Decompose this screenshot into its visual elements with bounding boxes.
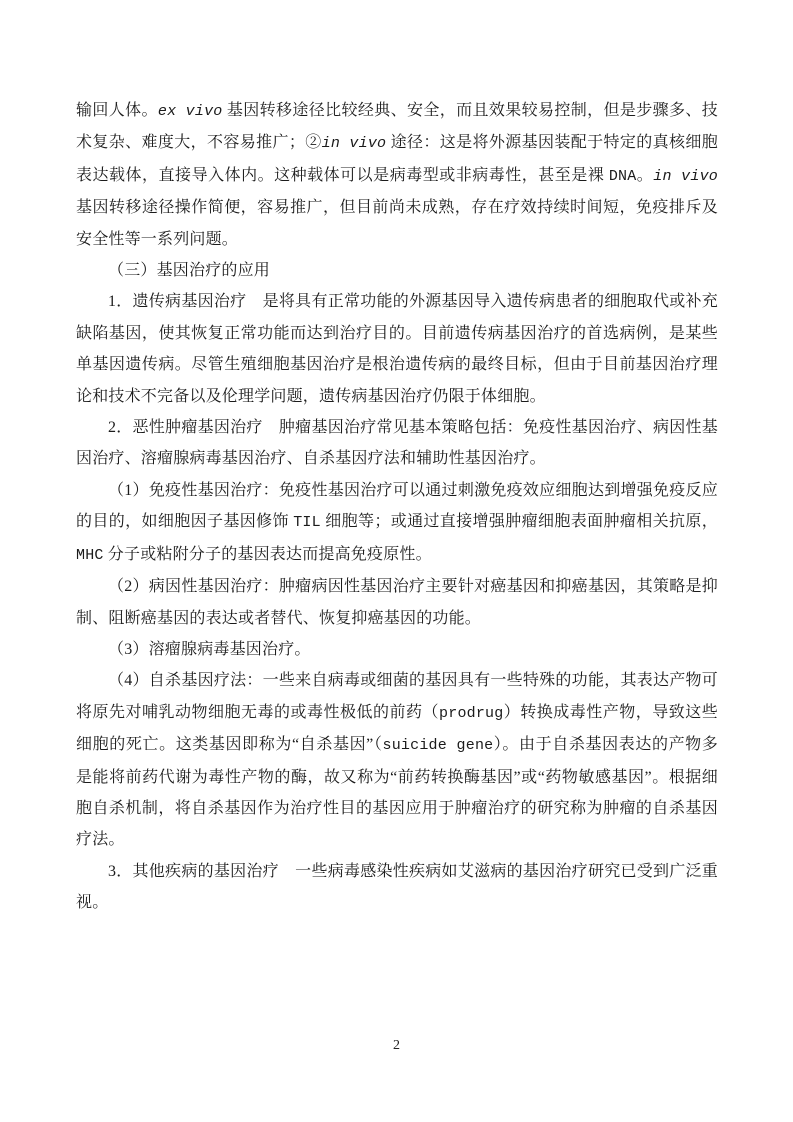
body-text: （3）溶瘤腺病毒基因治疗。 (108, 641, 311, 658)
paragraph-intro-continuation: 输回人体。ex vivo 基因转移途径比较经典、安全，而且效果较易控制，但是步骤… (76, 95, 718, 255)
body-text: 。 (636, 167, 653, 184)
body-text: 2．恶性肿瘤基因治疗 肿瘤基因治疗常见基本策略包括：免疫性基因治疗、病因性基因治… (76, 419, 718, 467)
paragraph-oncolytic-adenovirus: （3）溶瘤腺病毒基因治疗。 (76, 634, 718, 665)
paragraph-immune-gene-therapy: （1）免疫性基因治疗：免疫性基因治疗可以通过刺激免疫效应细胞达到增强免疫反应的目… (76, 475, 718, 571)
paragraph-malignant-tumor: 2．恶性肿瘤基因治疗 肿瘤基因治疗常见基本策略包括：免疫性基因治疗、病因性基因治… (76, 412, 718, 475)
italic-term-in-vivo: in vivo (653, 168, 718, 185)
page-number: 2 (0, 1036, 793, 1056)
latin-term-dna: DNA (609, 168, 637, 185)
paragraph-genetic-disease: 1．遗传病基因治疗 是将具有正常功能的外源基因导入遗传病患者的细胞取代或补充缺陷… (76, 286, 718, 412)
italic-term-ex-vivo: ex vivo (158, 103, 223, 120)
latin-term-prodrug: prodrug (439, 705, 503, 722)
latin-term-suicide-gene: suicide gene (383, 737, 494, 754)
paragraph-other-diseases: 3．其他疾病的基因治疗 一些病毒感染性疾病如艾滋病的基因治疗研究已受到广泛重视。 (76, 856, 718, 919)
paragraph-suicide-gene: （4）自杀基因疗法：一些来自病毒或细菌的基因具有一些特殊的功能，其表达产物可将原… (76, 665, 718, 855)
section-heading: （三）基因治疗的应用 (76, 255, 718, 286)
body-text: 3．其他疾病的基因治疗 一些病毒感染性疾病如艾滋病的基因治疗研究已受到广泛重视。 (76, 863, 718, 911)
heading-text: （三）基因治疗的应用 (108, 262, 270, 279)
body-text: （2）病因性基因治疗：肿瘤病因性基因治疗主要针对癌基因和抑癌基因，其策略是抑制、… (76, 578, 718, 626)
body-text: 分子或粘附分子的基因表达而提高免疫原性。 (104, 546, 432, 563)
body-text: 输回人体。 (76, 102, 158, 119)
latin-term-til: TIL (293, 514, 321, 531)
text-block: 输回人体。ex vivo 基因转移途径比较经典、安全，而且效果较易控制，但是步骤… (76, 95, 718, 919)
body-text: 基因转移途径操作简便，容易推广，但目前尚未成熟，存在疗效持续时间短，免疫排斥及安… (76, 199, 718, 247)
latin-term-mhc: MHC (76, 547, 104, 564)
body-text: 细胞等；或通过直接增强肿瘤细胞表面肿瘤相关抗原， (321, 513, 718, 530)
paragraph-etiologic-gene-therapy: （2）病因性基因治疗：肿瘤病因性基因治疗主要针对癌基因和抑癌基因，其策略是抑制、… (76, 571, 718, 634)
body-text: 1．遗传病基因治疗 是将具有正常功能的外源基因导入遗传病患者的细胞取代或补充缺陷… (76, 293, 718, 404)
italic-term-in-vivo: in vivo (322, 135, 387, 152)
document-page: 输回人体。ex vivo 基因转移途径比较经典、安全，而且效果较易控制，但是步骤… (0, 0, 793, 1122)
